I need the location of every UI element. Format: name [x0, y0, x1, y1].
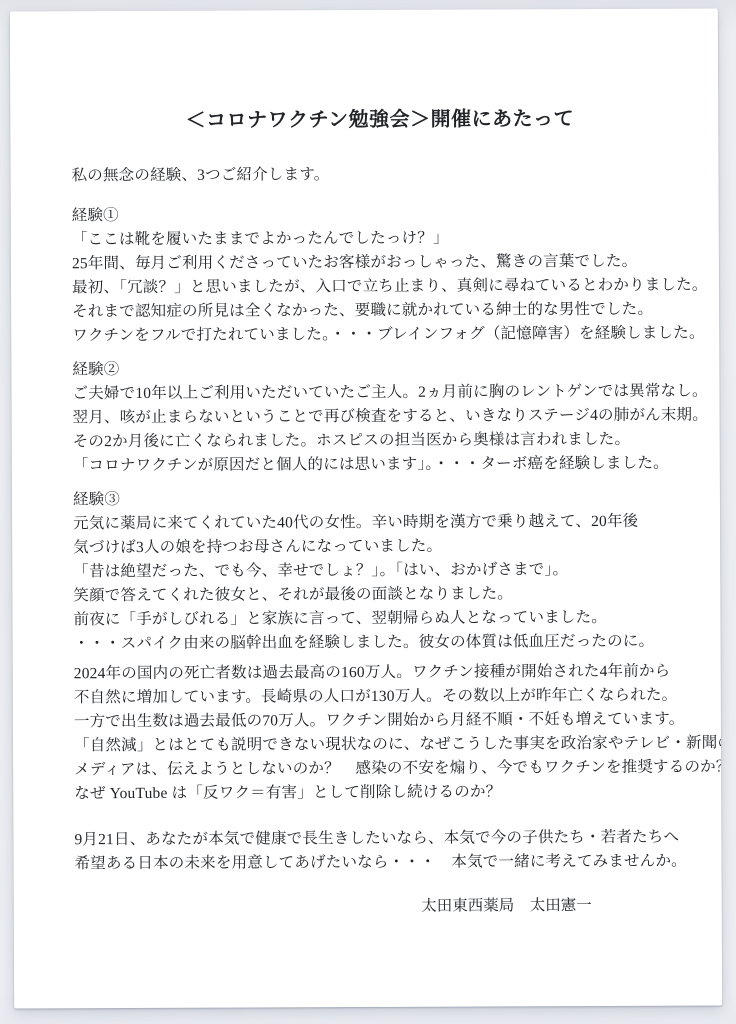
body-line: それまで認知症の所見は全くなかった、要職に就かれている紳士的な男性でした。 [72, 298, 689, 325]
experience-section-3: 経験③ 元気に薬局に来てくれていた40代の女性。辛い時期を漢方で乗り越えて、20… [73, 486, 691, 657]
experience-section-2: 経験② ご夫婦で10年以上ご利用いただいていたご主人。2ヵ月前に胸のレントゲンで… [72, 356, 690, 479]
body-line: 25年間、毎月ご利用くださっていたお客様がおっしゃった、驚きの言葉でした。 [72, 250, 689, 277]
body-line: 一方で出生数は過去最低の70万人。ワクチン開始から月経不順・不妊も増えています。 [74, 708, 691, 735]
body-line: 前夜に「手がしびれる」と家族に言って、翌朝帰らぬ人となっていました。 [73, 606, 690, 633]
body-line: 「昔は絶望だった、でも今、幸せでしょ？」。「はい、おかげさまで」。 [73, 558, 690, 585]
body-line: 元気に薬局に来てくれていた40代の女性。辛い時期を漢方で乗り越えて、20年後 [73, 510, 690, 537]
section-heading: 経験① [72, 202, 689, 229]
body-line: 「ここは靴を履いたままでよかったんでしたっけ？」 [72, 226, 689, 253]
body-line: ご夫婦で10年以上ご利用いただいていたご主人。2ヵ月前に胸のレントゲンでは異常な… [72, 380, 689, 407]
commentary-paragraph: 2024年の国内の死亡者数は過去最高の160万人。ワクチン接種が開始された4年前… [74, 660, 692, 807]
document-title: ＜コロナワクチン勉強会＞開催にあたって [71, 104, 688, 137]
body-line: メディアは、伝えようとしないのか？ 感染の不安を煽り、今でもワクチンを推奨するの… [74, 756, 691, 783]
intro-line: 私の無念の経験、3つご紹介します。 [71, 162, 688, 189]
body-line: ・・・スパイク由来の脳幹出血を経験しました。彼女の体質は低血圧だったのに。 [74, 630, 691, 657]
section-heading: 経験② [72, 356, 689, 383]
body-line: 笑顔で答えてくれた彼女と、それが最後の面談となりました。 [73, 582, 690, 609]
body-line: 希望ある日本の未来を用意してあげたいなら・・・ 本気で一緒に考えてみませんか。 [74, 850, 691, 877]
body-line: 2024年の国内の死亡者数は過去最高の160万人。ワクチン接種が開始された4年前… [74, 660, 691, 687]
closing-paragraph: 9月21日、あなたが本気で健康で長生きしたいなら、本気で今の子供たち・若者たちへ… [74, 826, 691, 877]
body-line: 「自然減」とはとても説明できない現状なのに、なぜこうした事実を政治家やテレビ・新… [74, 732, 691, 759]
body-line: 9月21日、あなたが本気で健康で長生きしたいなら、本気で今の子供たち・若者たちへ [74, 826, 691, 853]
body-line: その2か月後に亡くなられました。ホスピスの担当医から奥様は言われました。 [73, 428, 690, 455]
document-content: ＜コロナワクチン勉強会＞開催にあたって 私の無念の経験、3つご紹介します。 経験… [10, 8, 722, 920]
document-page: ＜コロナワクチン勉強会＞開催にあたって 私の無念の経験、3つご紹介します。 経験… [10, 8, 722, 1008]
photo-background: ＜コロナワクチン勉強会＞開催にあたって 私の無念の経験、3つご紹介します。 経験… [0, 0, 736, 1024]
section-heading: 経験③ [73, 486, 690, 513]
body-line: 「コロナワクチンが原因だと個人的には思います」。・・・ターボ癌を経験しました。 [73, 452, 690, 479]
body-line: 最初、「冗談？」と思いましたが、入口で立ち止まり、真剣に尋ねているとわかりました… [72, 274, 689, 301]
body-line: 気づけば3人の娘を持つお母さんになっていました。 [73, 534, 690, 561]
signature: 太田東西薬局 太田憲一 [75, 894, 692, 921]
body-line: 不自然に増加しています。長崎県の人口が130万人。その数以上が昨年亡くなられた。 [74, 684, 691, 711]
experience-section-1: 経験① 「ここは靴を履いたままでよかったんでしたっけ？」 25年間、毎月ご利用く… [72, 202, 690, 349]
body-line: ワクチンをフルで打たれていました。・・・ブレインフォグ（記憶障害）を経験しました… [72, 322, 689, 349]
body-line: なぜ YouTube は「反ワク＝有害」として削除し続けるのか？ [74, 780, 691, 807]
body-line: 翌月、咳が止まらないということで再び検査をすると、いきなりステージ4の肺がん末期… [73, 404, 690, 431]
